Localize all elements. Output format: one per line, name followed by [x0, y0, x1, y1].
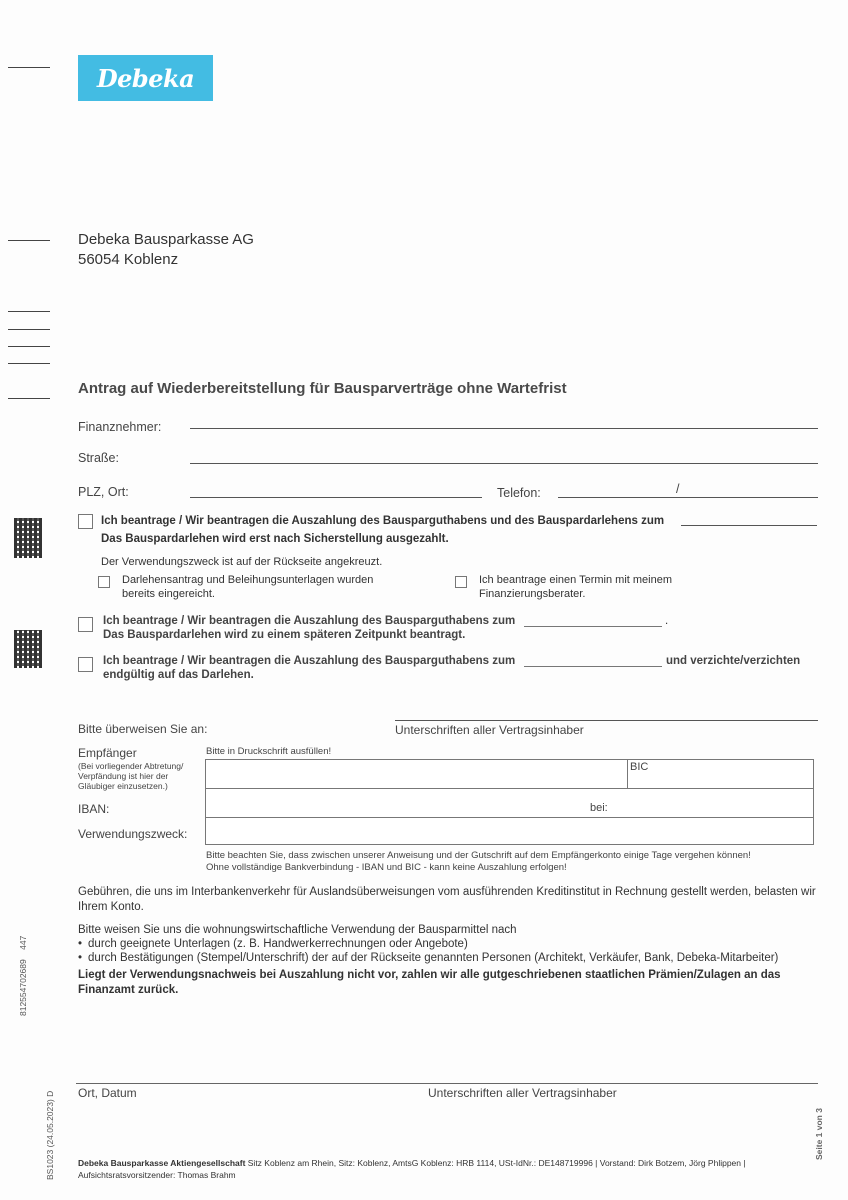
suboption-b-text: Ich beantrage einen Termin mit meinem Fi…: [479, 573, 709, 601]
empfaenger-label: Empfänger: [78, 746, 137, 760]
fold-mark: [8, 363, 50, 364]
option1-note: Der Verwendungszweck ist auf der Rücksei…: [101, 553, 382, 571]
page-number: Seite 1 von 3: [814, 1108, 824, 1160]
option3-suffix: und verzichte/verzichten: [666, 652, 800, 670]
recipient-name: Debeka Bausparkasse AG: [78, 230, 254, 250]
form-title: Antrag auf Wiederbereitstellung für Baus…: [78, 380, 567, 397]
fees-text: Gebühren, die uns im Interbankenverkehr …: [78, 885, 818, 915]
footer-details: Sitz Koblenz am Rhein, Sitz: Koblenz, Am…: [245, 1158, 745, 1168]
signature-line-top[interactable]: [395, 720, 818, 721]
proof-bullet-1: durch geeignete Unterlagen (z. B. Handwe…: [78, 937, 468, 952]
bic-label: BIC: [630, 762, 648, 773]
suboption-a-checkbox[interactable]: [98, 576, 110, 588]
finanznehmer-field[interactable]: [190, 428, 818, 429]
proof-intro: Bitte weisen Sie uns die wohnungswirtsch…: [78, 923, 517, 938]
strasse-label: Straße:: [78, 451, 119, 465]
fold-mark: [8, 398, 50, 399]
footer-company: Debeka Bausparkasse Aktiengesellschaft: [78, 1158, 245, 1168]
telefon-label: Telefon:: [497, 486, 541, 500]
verwendungszweck-label: Verwendungszweck:: [78, 827, 187, 841]
signature-label-top: Unterschriften aller Vertragsinhaber: [395, 723, 584, 737]
proof-bullet-2: durch Bestätigungen (Stempel/Unterschrif…: [78, 951, 778, 966]
logo-text: Debeka: [97, 64, 194, 93]
footer-line2: Aufsichtsratsvorsitzender: Thomas Brahm: [78, 1169, 746, 1181]
telefon-separator: /: [676, 482, 679, 496]
transfer-notice-1: Bitte beachten Sie, dass zwischen unsere…: [206, 850, 751, 862]
barcode-number: 812554702689 447: [18, 936, 28, 1016]
iban-label: IBAN:: [78, 802, 109, 816]
option3-line2: endgültig auf das Darlehen.: [103, 666, 254, 684]
option1-checkbox[interactable]: [78, 514, 93, 529]
fold-mark: [8, 67, 50, 68]
option2-date-field[interactable]: [524, 626, 662, 627]
transfer-notice-2: Ohne vollständige Bankverbindung - IBAN …: [206, 862, 751, 874]
suboption-b-checkbox[interactable]: [455, 576, 467, 588]
recipient-city: 56054 Koblenz: [78, 250, 254, 270]
option1-line2: Das Bauspardarlehen wird erst nach Siche…: [101, 530, 449, 548]
barcode-number-value: 812554702689: [18, 959, 28, 1016]
strasse-field[interactable]: [190, 463, 818, 464]
bic-field[interactable]: [627, 759, 814, 789]
option1-text-b: Auszahlung des Bauspar­guthabens und des…: [292, 515, 665, 527]
fold-mark: [8, 240, 50, 241]
option2-suffix: .: [665, 612, 668, 630]
option2-checkbox[interactable]: [78, 617, 93, 632]
option1-text: Ich beantrage / Wir beantragen die Ausza…: [101, 512, 664, 530]
side-code: 447: [18, 936, 28, 950]
druckschrift-hint: Bitte in Druckschrift ausfüllen!: [206, 746, 331, 757]
verwendungszweck-field[interactable]: [205, 817, 814, 845]
option3-checkbox[interactable]: [78, 657, 93, 672]
plz-ort-label: PLZ, Ort:: [78, 485, 129, 499]
signature-label-bottom: Unterschriften aller Vertragsinhaber: [428, 1086, 617, 1100]
plz-ort-field[interactable]: [190, 497, 482, 498]
fold-mark: [8, 329, 50, 330]
warning-text: Liegt der Verwendungsnachweis bei Auszah…: [78, 968, 818, 998]
footer: Debeka Bausparkasse Aktiengesellschaft S…: [78, 1157, 746, 1181]
fold-mark: [8, 311, 50, 312]
option3-date-field[interactable]: [524, 666, 662, 667]
fold-mark: [8, 346, 50, 347]
option1-text-a: Ich beantrage / Wir beantragen die: [101, 515, 292, 527]
datamatrix-code: [14, 518, 42, 558]
form-id: BS1023 (24.05.2023) D: [45, 1091, 55, 1180]
bottom-signature-line[interactable]: [76, 1083, 818, 1084]
recipient-address: Debeka Bausparkasse AG 56054 Koblenz: [78, 230, 254, 270]
datamatrix-code: [14, 630, 42, 668]
suboption-a-text: Darlehensantrag und Beleihungsunterlagen…: [122, 573, 402, 601]
option2-line2: Das Bauspardarlehen wird zu einem später…: [103, 626, 465, 644]
ort-datum-label: Ort, Datum: [78, 1086, 137, 1100]
empfaenger-note: (Bei vorliegender Abtretung/ Verpfändung…: [78, 761, 198, 791]
finanznehmer-label: Finanznehmer:: [78, 420, 161, 434]
telefon-field[interactable]: [558, 497, 818, 498]
transfer-heading: Bitte überweisen Sie an:: [78, 722, 207, 736]
option1-date-field[interactable]: [681, 525, 817, 526]
debeka-logo: Debeka: [78, 55, 213, 101]
iban-field[interactable]: [205, 788, 814, 818]
transfer-notice: Bitte beachten Sie, dass zwischen unsere…: [206, 850, 751, 874]
bei-label: bei:: [590, 803, 608, 814]
